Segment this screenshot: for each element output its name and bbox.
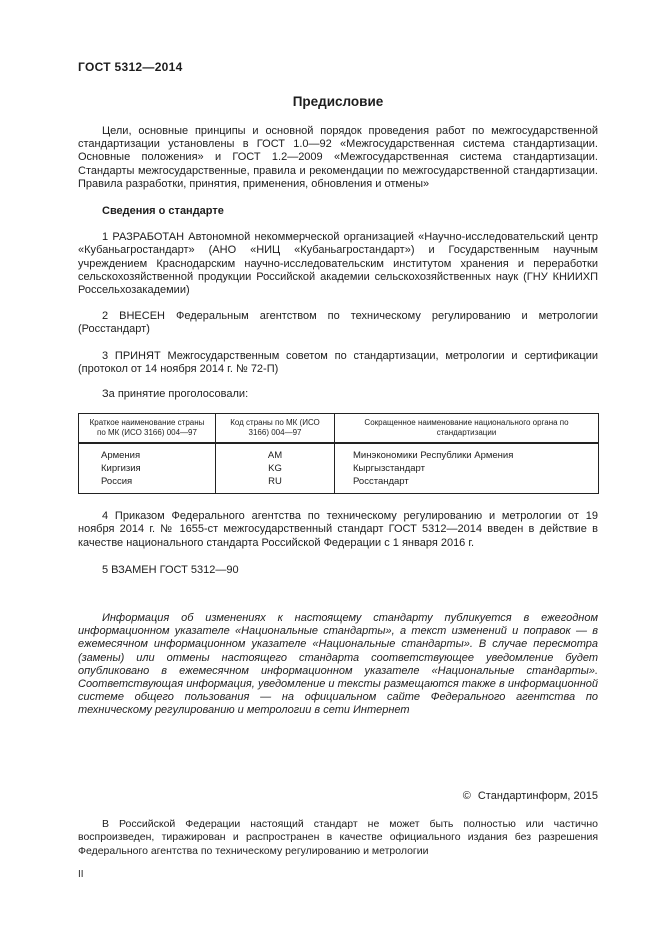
vote-table-header-row: Краткое наименование страны по МК (ИСО 3…	[79, 414, 599, 444]
vote-table: Краткое наименование страны по МК (ИСО 3…	[78, 413, 599, 494]
copyright-text: Стандартинформ, 2015	[478, 790, 598, 802]
copyright-line: ©Стандартинформ, 2015	[78, 790, 598, 802]
table-cell-org: Минэкономики Республики Армения	[335, 443, 599, 462]
table-cell-org: Кыргызстандарт	[335, 462, 599, 475]
table-cell-org: Росстандарт	[335, 475, 599, 494]
vote-table-row: Армения AM Минэкономики Республики Армен…	[79, 443, 599, 462]
vote-table-header-country: Краткое наименование страны по МК (ИСО 3…	[79, 414, 216, 444]
standard-item-5: 5 ВЗАМЕН ГОСТ 5312—90	[78, 564, 598, 577]
standard-item-4: 4 Приказом Федерального агентства по тех…	[78, 510, 598, 550]
standard-item-2: 2 ВНЕСЕН Федеральным агентством по техни…	[78, 310, 598, 336]
standard-item-3: 3 ПРИНЯТ Межгосударственным советом по с…	[78, 350, 598, 376]
notice-paragraph: Информация об изменениях к настоящему ст…	[78, 612, 598, 718]
table-cell-country: Киргизия	[79, 462, 216, 475]
doc-code: ГОСТ 5312—2014	[78, 60, 598, 74]
table-cell-code: KG	[216, 462, 335, 475]
vote-table-header-code: Код страны по МК (ИСО 3166) 004—97	[216, 414, 335, 444]
table-cell-country: Россия	[79, 475, 216, 494]
page-title: Предисловие	[78, 94, 598, 109]
page-number: II	[78, 869, 598, 880]
table-cell-code: RU	[216, 475, 335, 494]
table-cell-code: AM	[216, 443, 335, 462]
vote-table-header-org: Сокращенное наименование национального о…	[335, 414, 599, 444]
restriction-paragraph: В Российской Федерации настоящий стандар…	[78, 818, 598, 859]
standard-item-1: 1 РАЗРАБОТАН Автономной некоммерческой о…	[78, 231, 598, 297]
copyright-symbol: ©	[463, 790, 471, 802]
vote-table-row: Киргизия KG Кыргызстандарт	[79, 462, 599, 475]
section-heading: Сведения о стандарте	[78, 205, 598, 218]
intro-paragraph: Цели, основные принципы и основной поряд…	[78, 125, 598, 191]
vote-lead: За принятие проголосовали:	[78, 388, 598, 401]
table-cell-country: Армения	[79, 443, 216, 462]
vote-table-row: Россия RU Росстандарт	[79, 475, 599, 494]
document-page: ГОСТ 5312—2014 Предисловие Цели, основны…	[78, 0, 598, 880]
